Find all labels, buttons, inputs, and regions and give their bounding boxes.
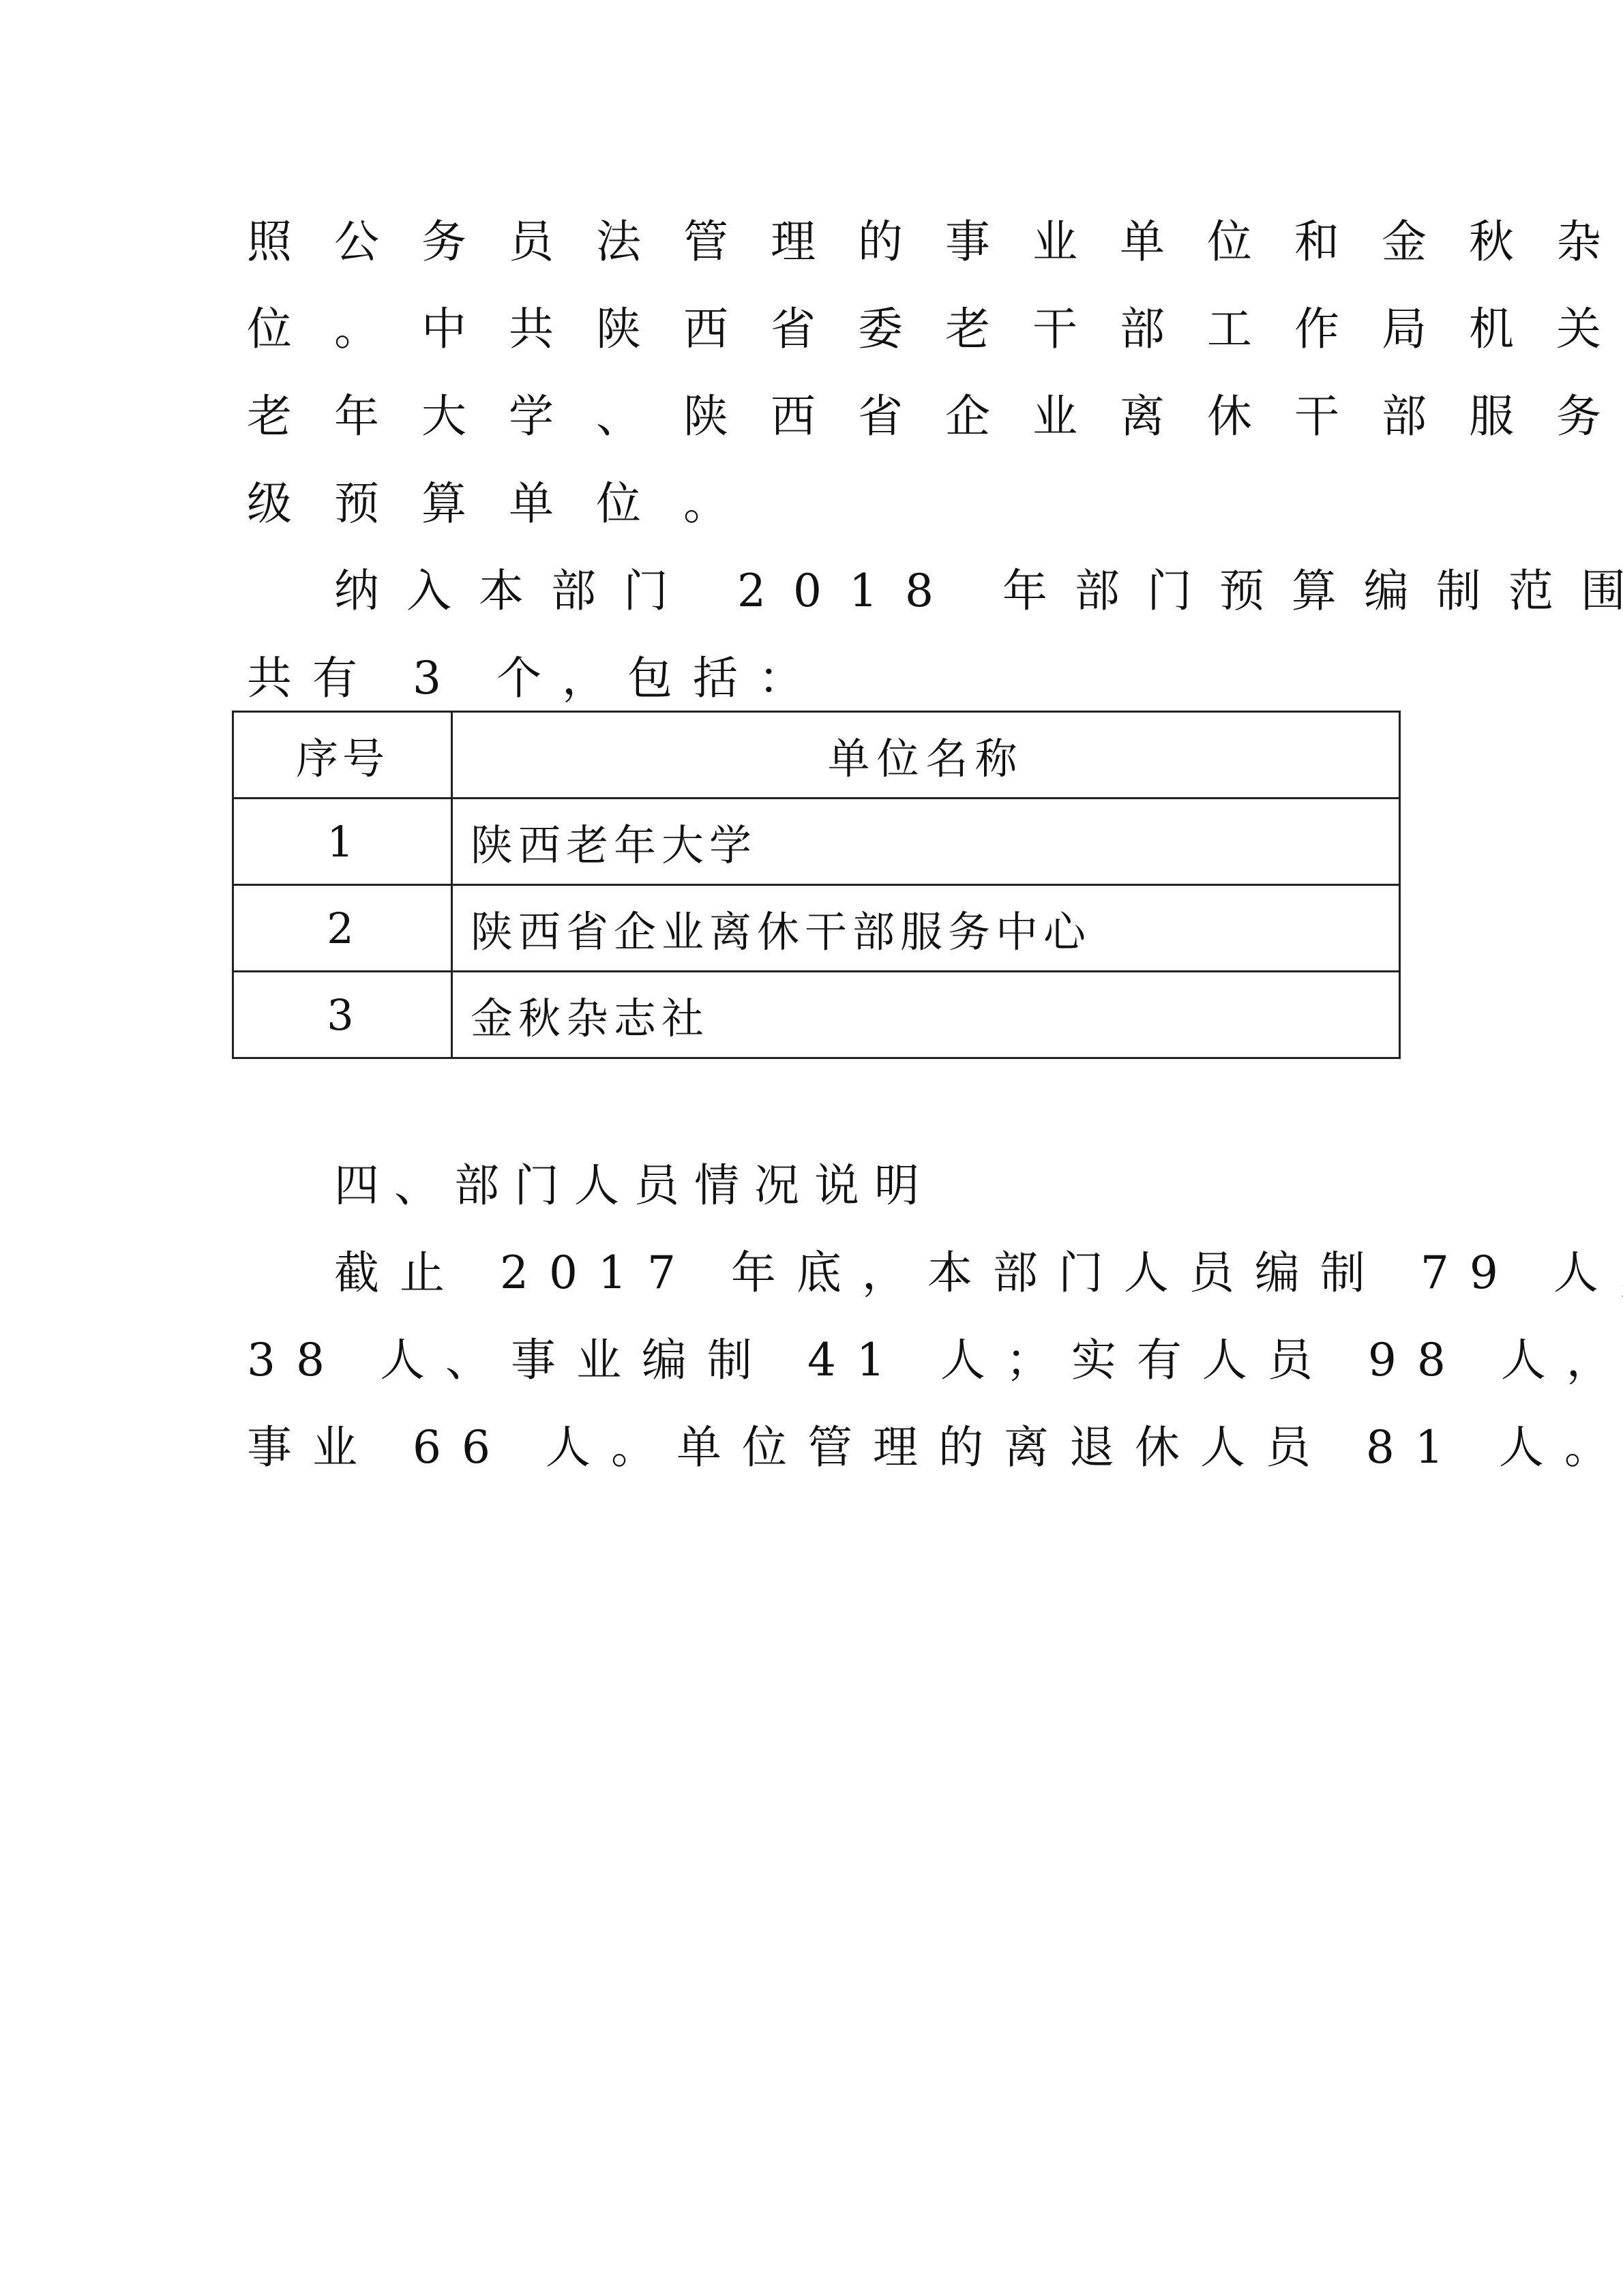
staff-line-2: 38 人、事业编制 41 人；实有人员 98 人，其中行政 32 人、 [247, 1338, 1623, 1383]
row-unit-name: 金秋杂志社 [452, 972, 1400, 1058]
row-unit-name: 陕西老年大学 [452, 799, 1400, 885]
section-heading: 四、部门人员情况说明 [334, 1163, 934, 1208]
intro-line-1: 照公务员法管理的事业单位和金秋杂志社差额管理事业单 [247, 220, 1623, 265]
scope-line-2: 共有 3 个，包括： [247, 656, 824, 701]
header-unit-name: 单位名称 [452, 712, 1400, 799]
budget-units-table: 序号 单位名称 1 陕西老年大学 2 陕西省企业离休干部服务中心 3 金秋杂志社 [232, 711, 1401, 1059]
intro-line-2: 位。中共陕西省委老干部工作局机关为一级预算单位，陕西 [247, 307, 1623, 352]
intro-line-3: 老年大学、陕西省企业离休干部服务中心、金秋杂志社为二 [247, 394, 1623, 439]
table-row: 3 金秋杂志社 [233, 972, 1400, 1058]
table-row: 1 陕西老年大学 [233, 799, 1400, 885]
row-index: 1 [233, 799, 452, 885]
scope-line-1: 纳入本部门 2018 年部门预算编制范围的二级预算单位 [334, 569, 1623, 614]
table-row: 2 陕西省企业离休干部服务中心 [233, 885, 1400, 972]
row-unit-name: 陕西省企业离休干部服务中心 [452, 885, 1400, 972]
header-index: 序号 [233, 712, 452, 799]
staff-line-3: 事业 66 人。单位管理的离退休人员 81 人。 [247, 1425, 1623, 1470]
row-index: 3 [233, 972, 452, 1058]
row-index: 2 [233, 885, 452, 972]
table-header-row: 序号 单位名称 [233, 712, 1400, 799]
intro-line-4: 级预算单位。 [247, 481, 771, 526]
staff-line-1: 截止 2017 年底，本部门人员编制 79 人，其中行政编制 [334, 1251, 1623, 1296]
